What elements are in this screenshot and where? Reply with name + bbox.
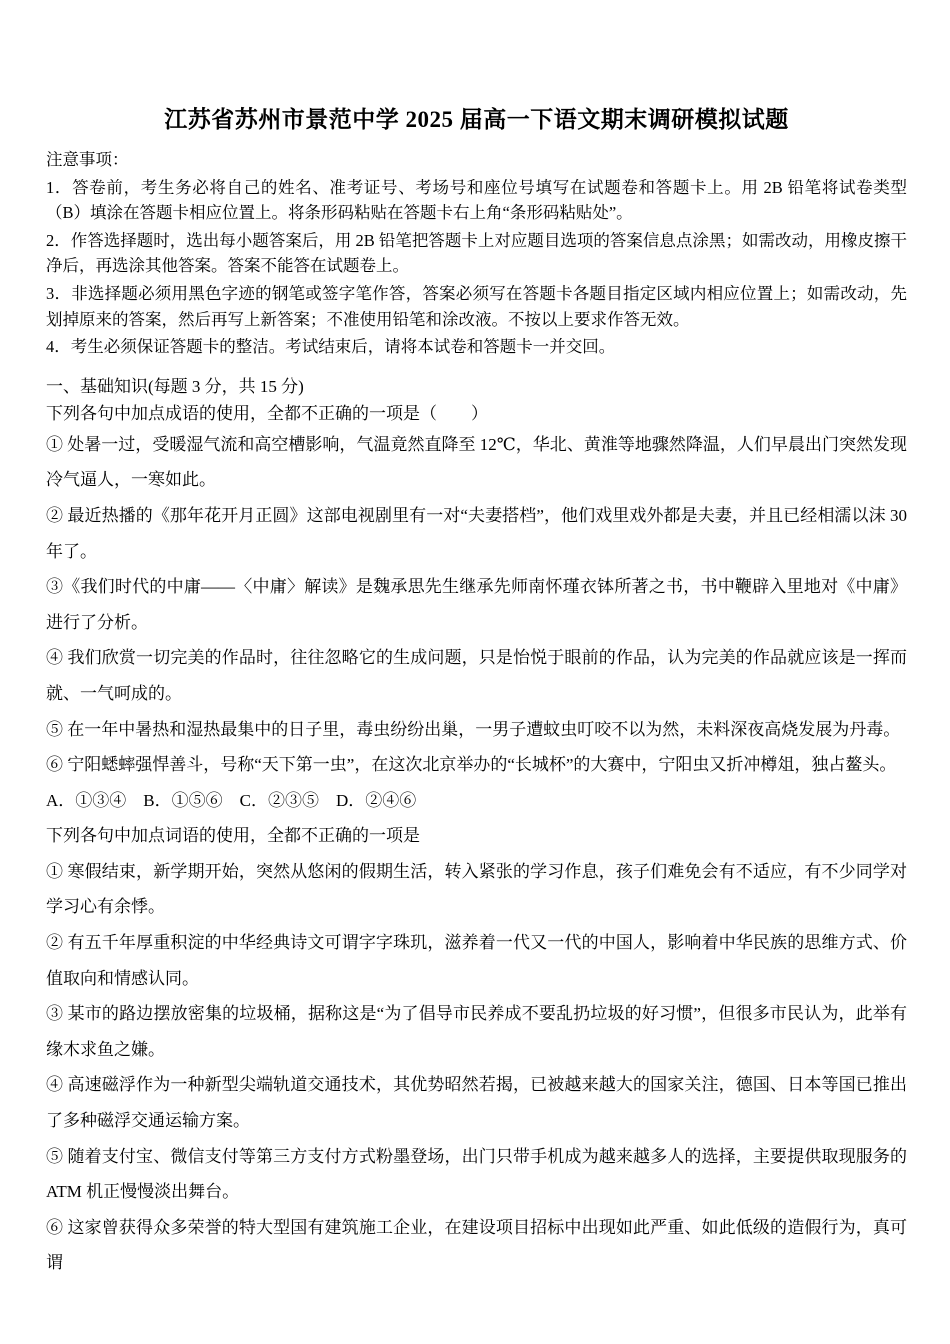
- q2-item-6: ⑥ 这家曾获得众多荣誉的特大型国有建筑施工企业，在建设项目招标中出现如此严重、如…: [46, 1210, 907, 1281]
- notice-section: 注意事项： 1．答卷前，考生务必将自己的姓名、准考证号、考场号和座位号填写在试题…: [46, 147, 907, 360]
- q2-item-4: ④ 高速磁浮作为一种新型尖端轨道交通技术，其优势昭然若揭，已被越来越大的国家关注…: [46, 1067, 907, 1138]
- section-heading: 一、基础知识(每题 3 分，共 15 分): [46, 373, 907, 400]
- q2-item-1: ① 寒假结束，新学期开始，突然从悠闲的假期生活，转入紧张的学习作息，孩子们难免会…: [46, 854, 907, 925]
- page-title: 江苏省苏州市景范中学 2025 届高一下语文期末调研模拟试题: [46, 104, 907, 135]
- question2-stem: 下列各句中加点词语的使用，全都不正确的一项是: [46, 818, 907, 854]
- notice-heading: 注意事项：: [46, 147, 907, 173]
- q1-item-2: ② 最近热播的《那年花开月正圆》这部电视剧里有一对“夫妻搭档”，他们戏里戏外都是…: [46, 498, 907, 569]
- q1-item-1: ① 处暑一过，受暖湿气流和高空槽影响，气温竟然直降至 12℃，华北、黄淮等地骤然…: [46, 427, 907, 498]
- questions-block: ① 处暑一过，受暖湿气流和高空槽影响，气温竟然直降至 12℃，华北、黄淮等地骤然…: [46, 427, 907, 1281]
- q1-options-line: A．①③④ B．①⑤⑥ C．②③⑤ D．②④⑥: [46, 783, 907, 819]
- question1-stem: 下列各句中加点成语的使用，全都不正确的一项是（ ）: [46, 400, 907, 427]
- exam-document: 江苏省苏州市景范中学 2025 届高一下语文期末调研模拟试题 注意事项： 1．答…: [46, 0, 907, 1281]
- q1-item-6: ⑥ 宁阳蟋蟀强悍善斗，号称“天下第一虫”，在这次北京举办的“长城杯”的大赛中，宁…: [46, 747, 907, 783]
- notice-item-1: 1．答卷前，考生务必将自己的姓名、准考证号、考场号和座位号填写在试题卷和答题卡上…: [46, 175, 907, 226]
- notice-item-4: 4．考生必须保证答题卡的整洁。考试结束后，请将本试卷和答题卡一并交回。: [46, 334, 907, 360]
- q2-item-2: ② 有五千年厚重积淀的中华经典诗文可谓字字珠玑，滋养着一代又一代的中国人，影响着…: [46, 925, 907, 996]
- q2-item-3: ③ 某市的路边摆放密集的垃圾桶，据称这是“为了倡导市民养成不要乱扔垃圾的好习惯”…: [46, 996, 907, 1067]
- notice-item-2: 2．作答选择题时，选出每小题答案后，用 2B 铅笔把答题卡上对应题目选项的答案信…: [46, 228, 907, 279]
- notice-item-3: 3．非选择题必须用黑色字迹的钢笔或签字笔作答，答案必须写在答题卡各题目指定区域内…: [46, 281, 907, 332]
- q1-item-4: ④ 我们欣赏一切完美的作品时，往往忽略它的生成问题，只是怡悦于眼前的作品，认为完…: [46, 640, 907, 711]
- q1-item-3: ③《我们时代的中庸——〈中庸〉解读》是魏承思先生继承先师南怀瑾衣钵所著之书，书中…: [46, 569, 907, 640]
- q1-item-5: ⑤ 在一年中暑热和湿热最集中的日子里，毒虫纷纷出巢，一男子遭蚊虫叮咬不以为然，未…: [46, 712, 907, 748]
- q2-item-5: ⑤ 随着支付宝、微信支付等第三方支付方式粉墨登场，出门只带手机成为越来越多人的选…: [46, 1139, 907, 1210]
